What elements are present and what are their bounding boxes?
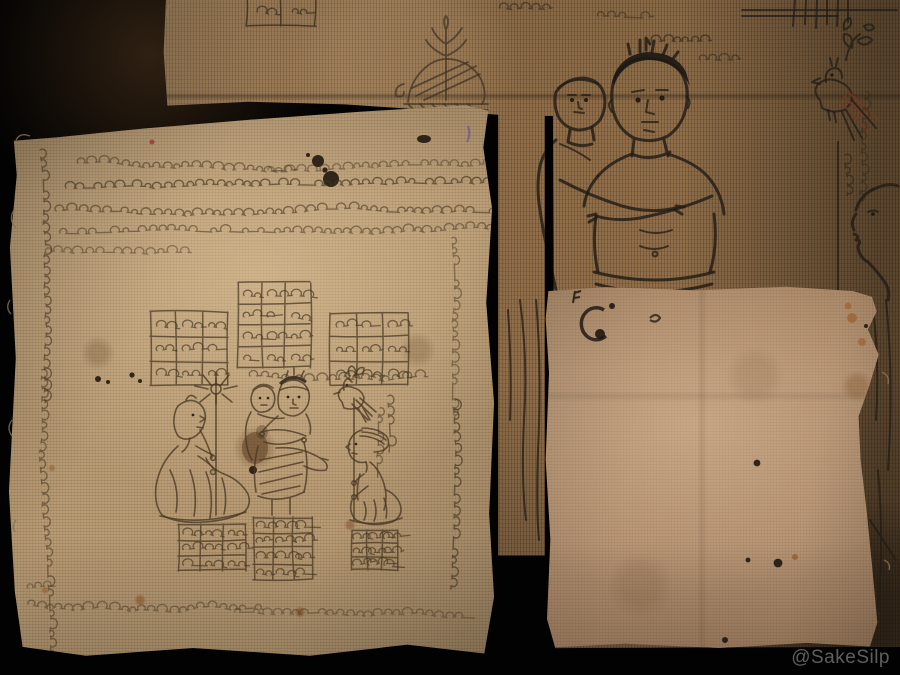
script-line bbox=[28, 600, 263, 612]
magic-square-grid bbox=[246, 0, 316, 26]
numeral-mark bbox=[389, 346, 410, 351]
bird-on-pole-drawing bbox=[812, 18, 878, 290]
script-line bbox=[699, 54, 740, 61]
numeral-mark bbox=[206, 530, 224, 537]
numeral-mark bbox=[268, 355, 286, 361]
numeral-mark bbox=[292, 9, 314, 14]
numeral-mark bbox=[276, 536, 297, 542]
numeral-mark bbox=[384, 546, 404, 552]
script-line bbox=[65, 176, 495, 188]
numeral-mark bbox=[243, 310, 274, 317]
top-rule-lines bbox=[742, 0, 897, 28]
numeral-mark bbox=[292, 313, 312, 321]
numeral-mark bbox=[206, 560, 227, 567]
numeral-mark bbox=[156, 345, 177, 351]
red-mark bbox=[150, 140, 155, 145]
numeral-mark bbox=[353, 558, 376, 565]
small-cloth bbox=[545, 286, 880, 648]
script-line bbox=[40, 149, 52, 403]
numeral-mark bbox=[208, 344, 226, 350]
numeral-mark bbox=[243, 290, 263, 297]
script-line bbox=[598, 11, 654, 18]
script-line bbox=[268, 158, 495, 172]
numeral-mark bbox=[336, 319, 361, 327]
small-cloth-art bbox=[545, 286, 880, 648]
script-line bbox=[452, 237, 461, 418]
numeral-mark bbox=[182, 343, 207, 351]
numeral-mark bbox=[257, 6, 280, 15]
numeral-mark bbox=[296, 520, 321, 527]
kneeling-devotee-left-drawing bbox=[156, 372, 250, 522]
numeral-mark bbox=[229, 530, 248, 535]
numeral-mark bbox=[276, 551, 302, 559]
numeral-mark bbox=[353, 533, 373, 539]
script-line bbox=[27, 581, 55, 588]
numeral-mark bbox=[267, 290, 291, 297]
generated-grids bbox=[246, 0, 316, 26]
numeral-mark bbox=[183, 370, 202, 375]
generated-grids bbox=[150, 282, 412, 581]
script-line bbox=[60, 222, 495, 234]
numeral-mark bbox=[362, 321, 380, 327]
numeral-mark bbox=[244, 355, 259, 361]
script-line bbox=[845, 154, 853, 195]
numeral-mark bbox=[228, 542, 253, 549]
script-line bbox=[45, 246, 191, 254]
numeral-mark bbox=[363, 345, 383, 352]
numeral-mark bbox=[337, 347, 356, 352]
generated-script bbox=[27, 149, 495, 658]
numeral-mark bbox=[291, 330, 312, 338]
script-line bbox=[55, 202, 495, 216]
left-cloth-art bbox=[8, 103, 495, 658]
numeral-mark bbox=[243, 332, 275, 339]
numeral-mark bbox=[256, 521, 278, 527]
numeral-mark bbox=[256, 552, 277, 558]
violet-thread bbox=[467, 126, 469, 142]
photo-stage: @SakeSilp bbox=[0, 0, 900, 675]
numeral-mark bbox=[209, 369, 229, 376]
watermark: @SakeSilp bbox=[791, 647, 890, 669]
left-cloth bbox=[8, 103, 495, 658]
ink-stain-marks bbox=[573, 291, 868, 643]
script-line bbox=[451, 399, 462, 589]
numeral-mark bbox=[183, 559, 208, 566]
numeral-mark bbox=[183, 542, 206, 550]
numeral-mark bbox=[156, 368, 182, 377]
script-line bbox=[235, 608, 475, 618]
numeral-mark bbox=[291, 289, 317, 298]
numeral-mark bbox=[267, 332, 291, 339]
numeral-mark bbox=[256, 537, 272, 543]
script-line bbox=[860, 92, 871, 203]
script-line bbox=[388, 395, 396, 452]
script-line bbox=[40, 369, 58, 658]
script-line bbox=[651, 35, 711, 42]
numeral-mark bbox=[295, 534, 317, 542]
numeral-mark bbox=[209, 322, 227, 329]
script-line bbox=[500, 3, 552, 10]
script-line bbox=[77, 156, 296, 172]
numeral-mark bbox=[257, 569, 275, 575]
